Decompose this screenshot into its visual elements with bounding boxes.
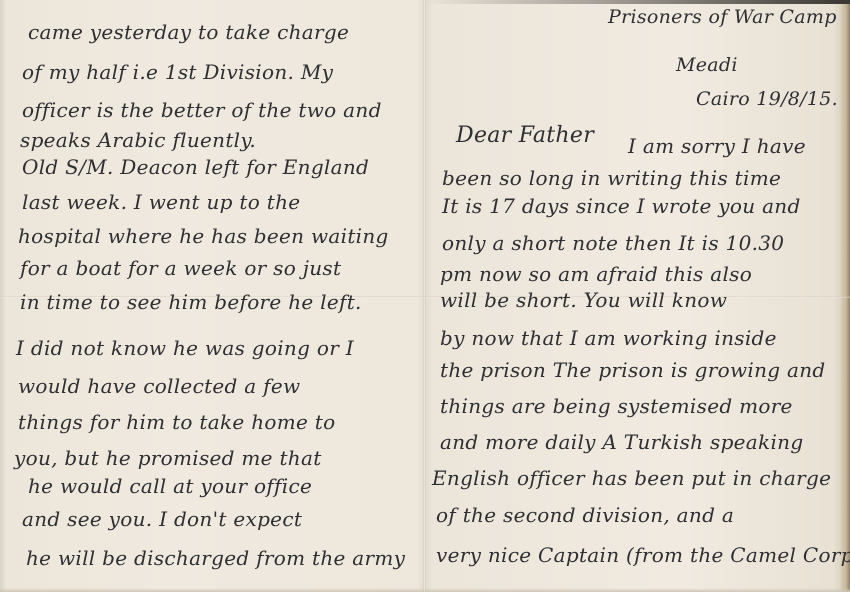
address-line-1: Prisoners of War Camp <box>608 8 837 27</box>
right-page: Prisoners of War Camp Meadi Cairo 19/8/1… <box>426 0 850 592</box>
left-line-11: would have collected a few <box>18 376 300 396</box>
letter-sheet: came yesterday to take charge of my half… <box>0 0 850 592</box>
left-line-9: in time to see him before he left. <box>20 292 362 312</box>
left-line-13: you, but he promised me that <box>14 448 322 468</box>
right-line-10: English officer has been put in charge <box>432 468 831 488</box>
salutation: Dear Father <box>456 125 594 147</box>
left-line-3: officer is the better of the two and <box>22 100 382 120</box>
left-line-12: things for him to take home to <box>18 412 335 432</box>
right-line-2: It is 17 days since I wrote you and <box>442 196 801 216</box>
right-line-7: the prison The prison is growing and <box>440 360 826 380</box>
left-line-10: I did not know he was going or I <box>16 338 354 358</box>
right-line-12: very nice Captain (from the Camel Corps) <box>436 545 850 565</box>
right-line-9: and more daily A Turkish speaking <box>440 432 803 452</box>
left-line-8: for a boat for a week or so just <box>20 258 341 278</box>
right-line-5: will be short. You will know <box>440 290 727 310</box>
left-line-5: Old S/M. Deacon left for England <box>22 157 369 177</box>
left-line-15: and see you. I don't expect <box>22 509 302 529</box>
left-page: came yesterday to take charge of my half… <box>0 0 423 592</box>
right-line-3: only a short note then It is 10.30 <box>442 233 784 253</box>
left-line-2: of my half i.e 1st Division. My <box>22 62 333 82</box>
left-line-4: speaks Arabic fluently. <box>20 130 256 150</box>
right-line-11: of the second division, and a <box>436 505 734 525</box>
right-line-1: been so long in writing this time <box>442 168 781 188</box>
right-line-0: I am sorry I have <box>628 136 806 156</box>
left-line-14: he would call at your office <box>28 476 312 496</box>
left-line-7: hospital where he has been waiting <box>18 226 389 246</box>
right-line-8: things are being systemised more <box>440 396 793 416</box>
right-line-6: by now that I am working inside <box>440 328 777 348</box>
left-line-1: came yesterday to take charge <box>28 22 349 42</box>
left-line-16: he will be discharged from the army <box>26 548 405 568</box>
left-line-6: last week. I went up to the <box>22 192 300 212</box>
address-date: Cairo 19/8/15. <box>696 90 838 109</box>
right-line-4: pm now so am afraid this also <box>440 264 752 284</box>
address-line-2: Meadi <box>676 56 738 75</box>
